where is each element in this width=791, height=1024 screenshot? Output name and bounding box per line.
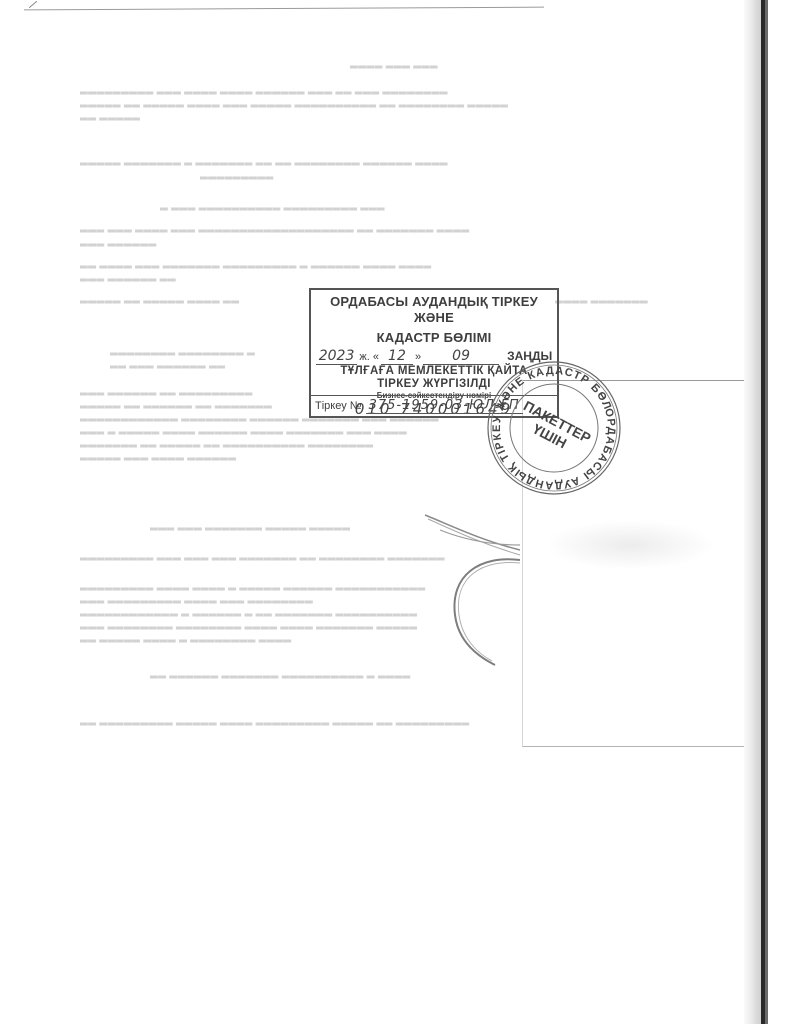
bleed-text: ▂▂▂▂▂▂▂▂▂ ▂▂▂ ▂▂▂▂ ▂▂▂▂ ▂▂▂▂▂▂ ▂▂▂ ▂▂ ▂▂… <box>80 84 700 95</box>
bleed-text: ▂▂▂ ▂▂▂ ▂▂▂▂ ▂▂▂ ▂▂▂▂▂▂▂▂▂▂▂▂▂▂▂▂▂▂▂ ▂▂ … <box>80 222 720 233</box>
bleed-text: ▂▂▂ ▂ ▂▂▂▂▂ ▂▂▂▂ ▂▂▂▂▂▂ ▂▂▂▂ ▂▂▂▂▂▂▂ ▂▂▂… <box>80 424 500 435</box>
bleed-text: ▂▂▂▂▂▂▂▂ ▂▂▂▂▂▂▂▂ ▂ <box>110 345 310 356</box>
bleed-text: ▂▂▂▂ ▂▂▂▂▂▂▂ <box>555 293 715 304</box>
stamp-year-suffix: ж. « <box>359 351 379 363</box>
page-top-edge <box>24 7 544 11</box>
round-seal: ОРДАБАСЫ АУДАНДЫҚ ТІРКЕУ ЖӘНЕ КАДАСТР БӨ… <box>484 358 624 498</box>
bleed-text: ▂▂▂▂▂ ▂▂▂ ▂▂▂▂ ▂▂▂▂▂▂ <box>80 450 380 461</box>
bleed-text: ▂▂▂▂ ▂▂▂ ▂▂▂ <box>350 58 470 69</box>
stamp-reg-label: Тіркеу № <box>315 400 362 412</box>
bleed-text: ▂▂▂▂▂ ▂▂ ▂▂▂▂▂▂ ▂▂ ▂▂▂▂▂▂▂ <box>80 398 310 409</box>
scanned-page: ▂▂▂▂ ▂▂▂ ▂▂▂ ▂▂▂▂▂▂▂▂▂ ▂▂▂ ▂▂▂▂ ▂▂▂▂ ▂▂▂… <box>0 0 791 1024</box>
bleed-text: ▂▂ ▂▂▂▂▂ <box>80 110 220 121</box>
stamp-year: 2023 <box>316 348 358 365</box>
bleed-text: ▂▂▂ ▂▂▂▂▂▂ ▂▂ ▂▂▂▂▂▂▂▂▂ <box>80 385 310 396</box>
bleed-text: ▂▂▂ ▂▂▂▂▂▂ ▂▂ <box>80 271 280 282</box>
paper-crease <box>545 520 715 570</box>
scan-edge-shadow <box>744 0 761 1024</box>
bleed-text: ▂▂▂▂▂▂▂▂▂ <box>200 169 320 180</box>
scan-edge-line-secondary <box>765 0 768 1024</box>
bleed-text: ▂▂▂ ▂▂▂▂▂▂ <box>80 236 280 247</box>
bleed-text: ▂▂▂▂▂ ▂▂ ▂▂▂▂▂ ▂▂▂▂ ▂▂ <box>80 293 310 304</box>
bleed-text: ▂▂▂▂▂ ▂▂▂▂▂▂▂ ▂ ▂▂▂▂▂▂▂ ▂▂ ▂▂ ▂▂▂▂▂▂▂▂ ▂… <box>80 155 620 166</box>
bleed-text: ▂▂ ▂▂▂ ▂▂▂▂▂▂ ▂▂ <box>110 358 310 369</box>
bleed-text: ▂▂▂ ▂▂▂▂▂▂▂▂▂ ▂▂▂▂ ▂▂▂ ▂▂▂▂▂▂▂▂ <box>80 593 400 604</box>
bleed-text: ▂▂▂▂▂▂▂ ▂▂ ▂▂▂▂▂ ▂▂ ▂▂▂▂▂▂▂▂▂▂ ▂▂▂▂▂▂▂▂ <box>80 437 500 448</box>
binding-thread <box>420 505 530 675</box>
bleed-text: ▂▂ ▂▂▂▂▂▂▂▂▂ ▂▂▂▂▂ ▂▂▂▂ ▂▂▂▂▂▂▂▂▂ ▂▂▂▂▂ … <box>80 715 520 726</box>
bleed-text: ▂▂▂▂▂ ▂▂ ▂▂▂▂▂ ▂▂▂▂ ▂▂▂ ▂▂▂▂▂ ▂▂▂▂▂▂▂▂▂▂… <box>80 97 700 108</box>
pen-mark <box>29 1 37 8</box>
stamp-day-suffix: » <box>415 351 421 363</box>
bleed-text: ▂▂ ▂▂▂▂▂ ▂▂▂▂ ▂ ▂▂▂▂▂▂▂▂ ▂▂▂▂ <box>80 632 400 643</box>
bleed-text: ▂ ▂▂▂ ▂▂▂▂▂▂▂▂▂▂ ▂▂▂▂▂▂▂▂▂ ▂▂▂ <box>160 200 480 211</box>
stamp-title-2: КАДАСТР БӨЛІМІ <box>311 330 557 346</box>
bleed-text: ▂▂ ▂▂▂▂ ▂▂▂ ▂▂▂▂▂▂▂ ▂▂▂▂▂▂▂▂▂ ▂ ▂▂▂▂▂▂ ▂… <box>80 258 720 269</box>
stamp-day: 12 <box>381 348 413 365</box>
bleed-text: ▂▂▂ ▂▂▂ ▂▂▂▂▂▂▂ ▂▂▂▂▂ ▂▂▂▂▂ <box>150 520 410 531</box>
stamp-title-1: ОРДАБАСЫ АУДАНДЫҚ ТІРКЕУ ЖӘНЕ <box>311 294 557 326</box>
